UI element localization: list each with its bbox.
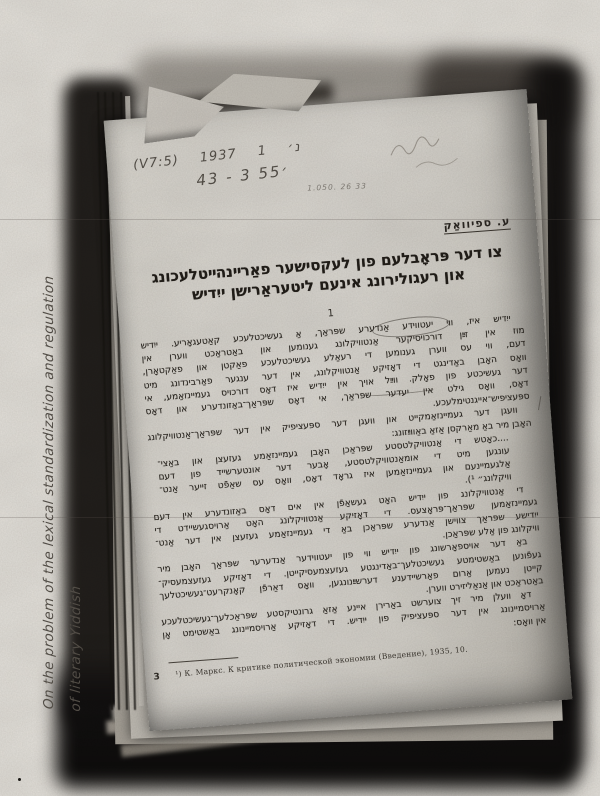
photocopy-scan: (V7:5) 1937 נ׳ 1 43 - 3 ׳55 1.050. 26 33… <box>0 0 600 796</box>
margin-note-line1: On the problem of the lexical standardiz… <box>36 124 63 710</box>
margin-note-line2: of literary Yiddish <box>63 126 90 712</box>
pen-margin-tick <box>538 396 547 411</box>
margin-note: On the problem of the lexical standardiz… <box>36 124 90 713</box>
book-page: (V7:5) 1937 נ׳ 1 43 - 3 ׳55 1.050. 26 33… <box>104 89 573 731</box>
toner-speckles <box>18 778 21 781</box>
body-text: ייִדיש איז, ווי יעטווידע אַנדערע שפּראַך… <box>140 312 547 657</box>
author-name: ע. ספיוואַק <box>443 215 511 235</box>
handwritten-scribble <box>382 108 516 176</box>
footnote-separator <box>168 657 238 663</box>
handwritten-shelf-code: 43 - 3 ׳55 <box>195 161 290 189</box>
handwritten-faint-numbers: 1.050. 26 33 <box>307 181 367 192</box>
page-number: 3 <box>153 672 160 682</box>
